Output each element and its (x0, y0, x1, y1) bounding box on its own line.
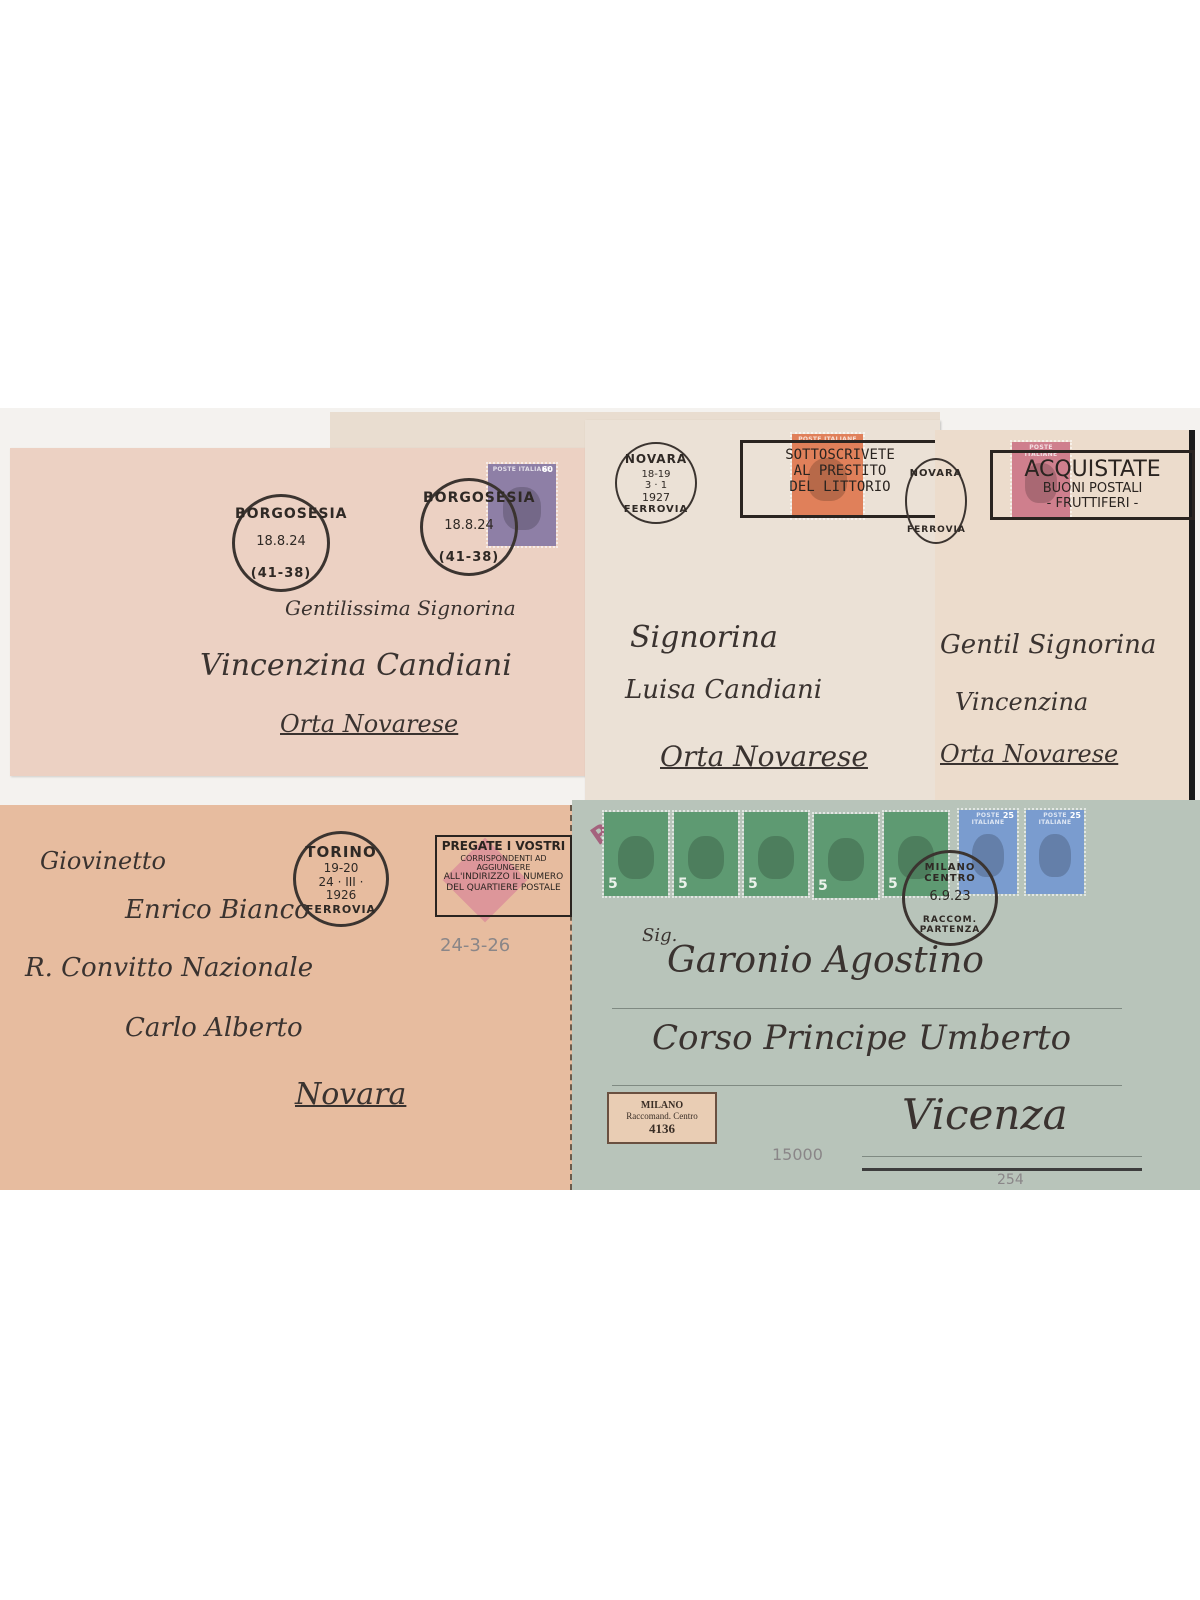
address-line-1: Garonio Agostino (667, 940, 984, 981)
postmark-year: 1927 (617, 491, 695, 504)
address-line-3: Orta Novarese (940, 740, 1118, 768)
stamp-value: 5 (608, 876, 618, 892)
postmark-bottom: RACCOM. PARTENZA (905, 915, 995, 935)
slogan-line: DEL LITTORIO (749, 479, 931, 495)
postmark-milano: MILANO CENTRO 6.9.23 RACCOM. PARTENZA (902, 850, 998, 946)
address-line-5: Novara (295, 1077, 406, 1112)
postmark-code: (41-38) (423, 550, 515, 565)
postmark-town: BORGOSESIA (235, 506, 327, 522)
stamp-value: 60 (542, 465, 553, 474)
stamp-green-5: 5 (672, 810, 740, 898)
slogan-line: DEL QUARTIERE POSTALE (439, 883, 568, 893)
slogan-cancel-quartiere: PREGATE I VOSTRI CORRISPONDENTI AD AGGIU… (435, 835, 572, 917)
address-line-3: Orta Novarese (280, 710, 458, 738)
postmark-borgosesia-2: BORGOSESIA 18.8.24 (41-38) (420, 478, 518, 576)
postmark-date: 6.9.23 (905, 889, 995, 904)
postmark-town: BORGOSESIA (423, 490, 515, 506)
pencil-date-note: 24-3-26 (440, 935, 510, 956)
portrait-icon (828, 838, 864, 882)
portrait-icon (688, 836, 724, 880)
portrait-icon (1039, 834, 1071, 878)
address-line-1: Gentil Signorina (940, 630, 1156, 660)
address-line-2: Enrico Bianco (125, 895, 310, 925)
postmark-town: TORINO (296, 843, 386, 861)
pencil-note: 15000 (772, 1145, 823, 1164)
address-line-2: Vincenzina Candiani (200, 648, 512, 683)
envelope-borgosesia: POSTE ITALIANE 60 BORGOSESIA 18.8.24 (41… (10, 448, 590, 776)
address-line-3: Vicenza (902, 1090, 1068, 1139)
registration-label: MILANO Raccomand. Centro 4136 (607, 1092, 717, 1144)
pencil-note: 254 (997, 1172, 1024, 1188)
postmark-date: 3 · 1 (617, 480, 695, 491)
envelope-milano-registered: R 5 5 5 5 5 POSTE ITALIANE25 POSTE ITALI… (572, 800, 1200, 1190)
envelope-novara-1927: POSTE ITALIANE SOTTOSCRIVETE AL PRESTITO… (585, 420, 940, 808)
address-line-2: Corso Principe Umberto (652, 1018, 1071, 1058)
postmark-town: MILANO CENTRO (905, 862, 995, 884)
stamp-green-5: 5 (742, 810, 810, 898)
postmark-time: 19-20 (296, 861, 386, 875)
postmark-novara-partial: NOVARA FERROVIA (905, 458, 967, 544)
postmark-borgosesia-1: BORGOSESIA 18.8.24 (41-38) (232, 494, 330, 592)
slogan-line: - FRUTTIFERI - (999, 497, 1186, 512)
address-line-1: Signorina (630, 620, 778, 655)
slogan-line: BUONI POSTALI (999, 482, 1186, 497)
address-rule (612, 1085, 1122, 1086)
stamp-value: 25 (1003, 811, 1014, 820)
stamp-value: 5 (818, 878, 828, 894)
slogan-line: PREGATE I VOSTRI (439, 840, 568, 854)
postmark-date: 18.8.24 (423, 518, 515, 533)
portrait-icon (618, 836, 654, 880)
envelope-novara-buoni-postali: POSTE ITALIANE NOVARA FERROVIA ACQUISTAT… (935, 430, 1195, 808)
slogan-line: ACQUISTATE (999, 457, 1186, 482)
address-line-1: Giovinetto (40, 847, 166, 875)
slogan-line: CORRISPONDENTI AD AGGIUNGERE (439, 854, 568, 872)
address-line-3: R. Convitto Nazionale (25, 953, 313, 983)
postmark-town: NOVARA (617, 452, 695, 466)
label-city: MILANO (609, 1100, 715, 1111)
address-rule (612, 1008, 1122, 1009)
label-office: Raccomand. Centro (609, 1111, 715, 1121)
address-line-2: Luisa Candiani (625, 675, 822, 705)
postmark-date: 18.8.24 (235, 534, 327, 549)
address-rule (862, 1156, 1142, 1157)
address-line-4: Carlo Alberto (125, 1013, 303, 1043)
postmark-time: 18-19 (617, 469, 695, 480)
stamp-blue-25: POSTE ITALIANE25 (1024, 808, 1086, 896)
stamp-value: 5 (888, 876, 898, 892)
slogan-line: ALL'INDIRIZZO IL NUMERO (439, 872, 568, 882)
postmark-bottom: FERROVIA (617, 504, 695, 515)
label-number: 4136 (609, 1121, 715, 1137)
slogan-cancel-buoni: ACQUISTATE BUONI POSTALI - FRUTTIFERI - (990, 450, 1195, 520)
stamp-green-5: 5 (812, 812, 880, 900)
stamp-green-5: 5 (602, 810, 670, 898)
stamp-value: 25 (1070, 811, 1081, 820)
postmark-bottom: FERROVIA (907, 525, 965, 535)
postmark-novara: NOVARA 18-19 3 · 1 1927 FERROVIA (615, 442, 697, 524)
slogan-line: AL PRESTITO (749, 463, 931, 479)
portrait-icon (758, 836, 794, 880)
address-line-3: Orta Novarese (660, 740, 868, 773)
postmark-date: 24 · III · (296, 875, 386, 889)
address-rule-thick (862, 1168, 1142, 1171)
postmark-town: NOVARA (907, 468, 965, 479)
address-line-1: Gentilissima Signorina (285, 596, 516, 620)
envelope-torino-1926: PREGATE I VOSTRI CORRISPONDENTI AD AGGIU… (0, 805, 572, 1190)
stamp-value: 5 (678, 876, 688, 892)
slogan-line: SOTTOSCRIVETE (749, 447, 931, 463)
postmark-code: (41-38) (235, 566, 327, 581)
address-line-2: Vincenzina (955, 688, 1088, 716)
stamp-value: 5 (748, 876, 758, 892)
